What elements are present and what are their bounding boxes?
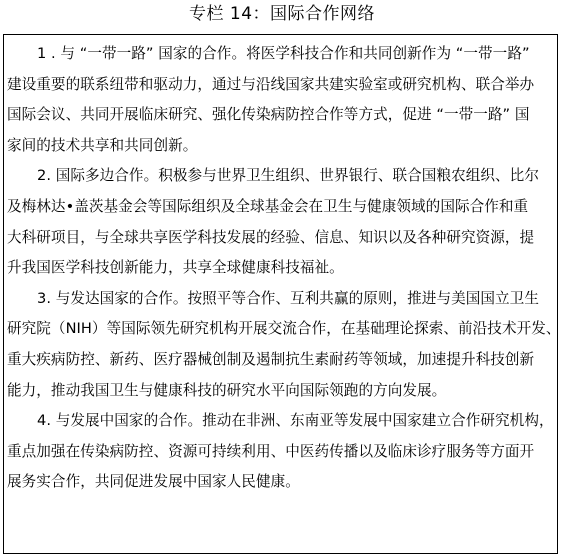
text-line: 3. 与发达国家的合作。按照平等合作、互利共赢的原则，推进与美国国立卫生 bbox=[7, 284, 554, 315]
text-line: 重大疾病防控、新药、医疗器械创制及遏制抗生素耐药等领域，加速提升科技创新 bbox=[7, 345, 554, 376]
text-line: 大科研项目，与全球共享医学科技发展的经验、信息、知识以及各种研究资源，提 bbox=[7, 223, 554, 254]
section-2: 2. 国际多边合作。积极参与世界卫生组织、世界银行、联合国粮农组织、比尔 及梅林… bbox=[7, 161, 554, 283]
text-line: 重点加强在传染病防控、资源可持续利用、中医药传播以及临床诊疗服务等方面开 bbox=[7, 437, 554, 468]
text-line: 国际会议、共同开展临床研究、强化传染病防控合作等方式，促进 “一带一路” 国 bbox=[7, 100, 554, 131]
text-line: 家间的技术共享和共同创新。 bbox=[7, 131, 554, 162]
text-line: 升我国医学科技创新能力，共享全球健康科技福祉。 bbox=[7, 253, 554, 284]
text-line: 及梅林达•盖茨基金会等国际组织及全球基金会在卫生与健康领域的国际合作和重 bbox=[7, 192, 554, 223]
text-line: 1 . 与 “一带一路” 国家的合作。将医学科技合作和共同创新作为 “一带一路” bbox=[7, 39, 554, 70]
text-line: 展务实合作，共同促进发展中国家人民健康。 bbox=[7, 467, 554, 498]
content-box: 1 . 与 “一带一路” 国家的合作。将医学科技合作和共同创新作为 “一带一路”… bbox=[3, 34, 558, 554]
text-line: 2. 国际多边合作。积极参与世界卫生组织、世界银行、联合国粮农组织、比尔 bbox=[7, 161, 554, 192]
document-title: 专栏 14：国际合作网络 bbox=[0, 2, 564, 26]
text-line: 研究院（NIH）等国际领先研究机构开展交流合作，在基础理论探索、前沿技术开发、 bbox=[7, 314, 554, 345]
section-4: 4. 与发展中国家的合作。推动在非洲、东南亚等发展中国家建立合作研究机构， 重点… bbox=[7, 406, 554, 498]
section-1: 1 . 与 “一带一路” 国家的合作。将医学科技合作和共同创新作为 “一带一路”… bbox=[7, 39, 554, 161]
text-line: 4. 与发展中国家的合作。推动在非洲、东南亚等发展中国家建立合作研究机构， bbox=[7, 406, 554, 437]
text-line: 能力，推动我国卫生与健康科技的研究水平向国际领跑的方向发展。 bbox=[7, 376, 554, 407]
text-line: 建设重要的联系纽带和驱动力，通过与沿线国家共建实验室或研究机构、联合举办 bbox=[7, 70, 554, 101]
section-3: 3. 与发达国家的合作。按照平等合作、互利共赢的原则，推进与美国国立卫生 研究院… bbox=[7, 284, 554, 406]
